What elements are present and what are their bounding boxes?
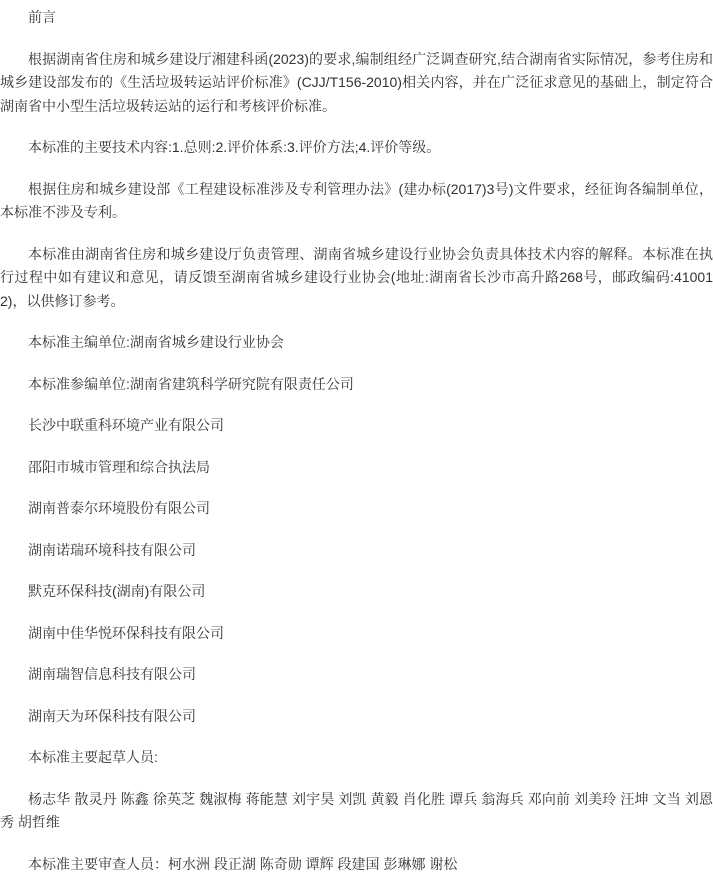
participating-org-line: 湖南瑞智信息科技有限公司 [0, 663, 713, 687]
intro-paragraph-basis: 根据湖南省住房和城乡建设厅湘建科函(2023)的要求,编制组经广泛调查研究,结合… [0, 48, 713, 119]
participating-org-line: 默克环保科技(湖南)有限公司 [0, 580, 713, 604]
participating-org-first-line: 本标准参编单位:湖南省建筑科学研究院有限责任公司 [0, 373, 713, 397]
drafters-names: 杨志华 散灵丹 陈鑫 徐英芝 魏淑梅 蒋能慧 刘宇昊 刘凯 黄毅 肖化胜 谭兵 … [0, 788, 713, 835]
page-title: 前言 [0, 6, 713, 30]
document-page: 前言 根据湖南省住房和城乡建设厅湘建科函(2023)的要求,编制组经广泛调查研究… [0, 0, 713, 872]
participating-org-line: 湖南诺瑞环境科技有限公司 [0, 539, 713, 563]
patent-statement-paragraph: 根据住房和城乡建设部《工程建设标准涉及专利管理办法》(建办标(2017)3号)文… [0, 178, 713, 225]
chief-editor-line: 本标准主编单位:湖南省城乡建设行业协会 [0, 331, 713, 355]
participating-org-line: 邵阳市城市管理和综合执法局 [0, 456, 713, 480]
participating-org-line: 湖南中佳华悦环保科技有限公司 [0, 622, 713, 646]
technical-content-paragraph: 本标准的主要技术内容:1.总则:2.评价体系:3.评价方法;4.评价等级。 [0, 136, 713, 160]
drafters-heading: 本标准主要起草人员: [0, 746, 713, 770]
management-feedback-paragraph: 本标准由湖南省住房和城乡建设厅负责管理、湖南省城乡建设行业协会负责具体技术内容的… [0, 243, 713, 314]
participating-org-line: 湖南普泰尔环境股份有限公司 [0, 497, 713, 521]
reviewers-line: 本标准主要审查人员：柯水洲 段正湖 陈奇勋 谭辉 段建国 彭琳娜 谢松 [0, 853, 713, 872]
participating-org-line: 湖南天为环保科技有限公司 [0, 705, 713, 729]
participating-org-line: 长沙中联重科环境产业有限公司 [0, 414, 713, 438]
